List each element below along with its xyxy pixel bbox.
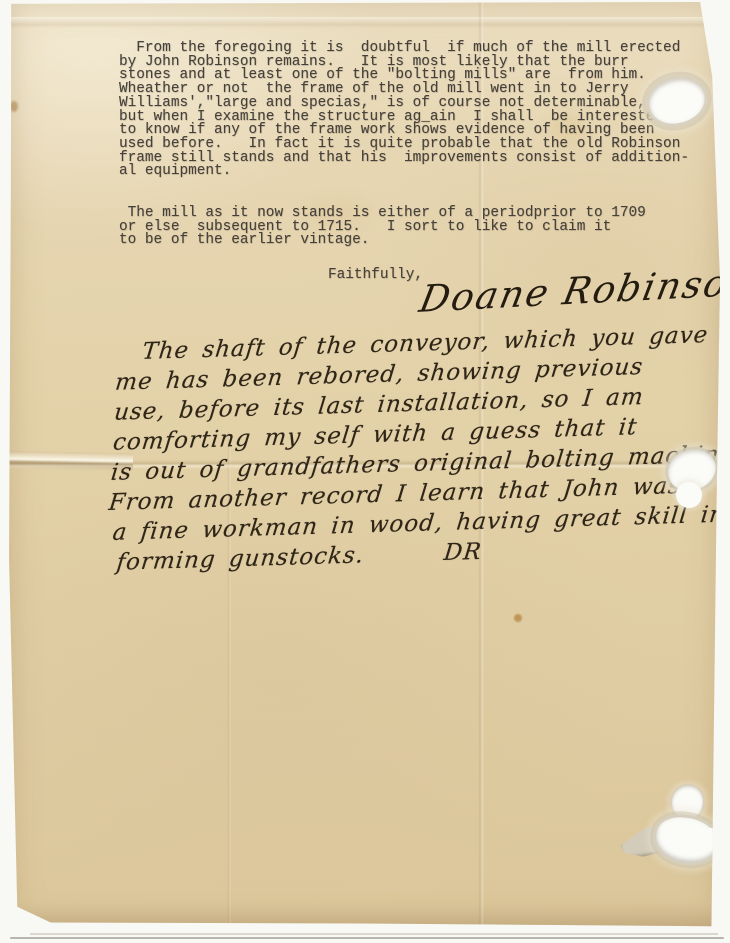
typed-paragraph-2: The mill as it now stands is either of a… [119, 207, 709, 248]
typed-paragraph-1: From the foregoing it is doubtful if muc… [119, 42, 709, 179]
scanner-shadow-line [10, 937, 724, 939]
typed-line: to be of the earlier vintage. [119, 234, 709, 248]
punch-hole-bottom-right-small [672, 786, 703, 819]
handwritten-note: The shaft of the conveyor, which you gav… [104, 320, 730, 578]
stain-spot [10, 101, 18, 112]
scanner-shadow-line [30, 933, 718, 935]
handwritten-signature: Doane Robinson [416, 262, 724, 321]
bottom-edge-shading [8, 903, 720, 929]
torn-edge-white [702, 828, 722, 850]
typed-body: From the foregoing it is doubtful if muc… [119, 42, 709, 248]
letter-paper: From the foregoing it is doubtful if muc… [8, 2, 720, 929]
scanned-letter: From the foregoing it is doubtful if muc… [0, 0, 730, 943]
fold-crease-top [8, 17, 720, 28]
punch-hole-middle-right-lobe [676, 482, 702, 508]
closing-salutation: Faithfully, [328, 267, 423, 283]
stain-spot [514, 614, 522, 622]
typed-line: al equipment. [119, 165, 709, 179]
